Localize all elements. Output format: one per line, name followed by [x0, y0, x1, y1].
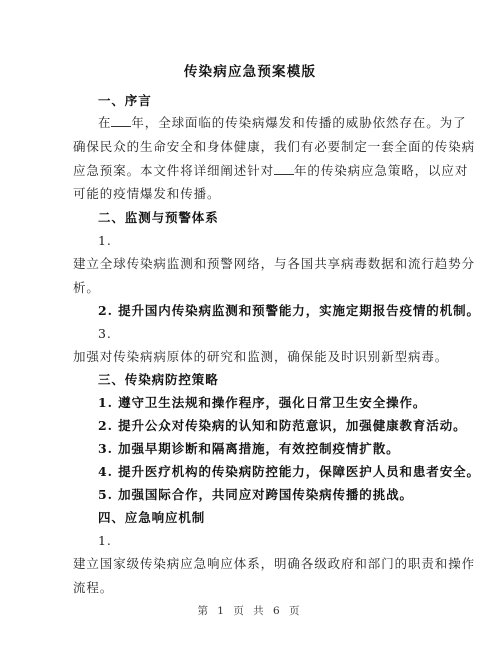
- list-item-number: 3.: [98, 326, 112, 342]
- list-item-text: 流程。: [73, 580, 113, 596]
- paragraph-line: 应急预案。本文件将详细阐述针对年的传染病应急策略，以应对: [73, 163, 468, 179]
- list-item-text: 建立全球传染病监测和预警网络，与各国共享病毒数据和流行趋势分: [73, 256, 475, 272]
- list-item: 5. 加强国际合作，共同应对跨国传染病传播的挑战。: [98, 487, 413, 503]
- list-item-text: 加强对传染病病原体的研究和监测，确保能及时识别新型病毒。: [73, 349, 448, 365]
- list-item-text: 建立国家级传染病应急响应体系，明确各级政府和部门的职责和操作: [73, 556, 475, 572]
- document-page: 传染病应急预案模版 一、序言 在年，全球面临的传染病爆发和传播的威胁依然存在。为…: [0, 0, 500, 647]
- text: 应急预案。本文件将详细阐述针对: [73, 163, 274, 178]
- list-item: 1. 遵守卫生法规和操作程序，强化日常卫生安全操作。: [98, 395, 426, 411]
- list-item: 2. 提升国内传染病监测和预警能力，实施定期报告疫情的机制。: [98, 303, 480, 319]
- text: 年，全球面临的传染病爆发和传播的威胁依然存在。为了: [131, 115, 466, 130]
- paragraph-line: 可能的疫情爆发和传播。: [73, 186, 220, 202]
- section-heading-prevention: 三、传染病防控策略: [98, 372, 219, 388]
- section-heading-monitoring: 二、监测与预警体系: [98, 210, 219, 226]
- blank-year-field: [111, 115, 131, 127]
- list-item-number: 1.: [98, 533, 112, 549]
- document-title: 传染病应急预案模版: [0, 60, 500, 80]
- page-number-footer: 第 1 页 共 6 页: [0, 603, 500, 618]
- blank-year-field: [274, 163, 294, 175]
- section-heading-preface: 一、序言: [98, 93, 152, 109]
- text: 在: [98, 115, 111, 130]
- paragraph-line: 确保民众的生命安全和身体健康，我们有必要制定一套全面的传染病: [73, 139, 475, 155]
- list-item-text: 析。: [73, 280, 100, 296]
- text: 年的传染病应急策略，以应对: [294, 163, 468, 178]
- list-item-number: 1.: [98, 233, 112, 249]
- paragraph-line: 在年，全球面临的传染病爆发和传播的威胁依然存在。为了: [98, 115, 466, 131]
- list-item: 4. 提升医疗机构的传染病防控能力，保障医护人员和患者安全。: [98, 464, 480, 480]
- list-item: 2. 提升公众对传染病的认知和防范意识，加强健康教育活动。: [98, 418, 467, 434]
- list-item: 3. 加强早期诊断和隔离措施，有效控制疫情扩散。: [98, 441, 400, 457]
- section-heading-response: 四、应急响应机制: [98, 510, 205, 526]
